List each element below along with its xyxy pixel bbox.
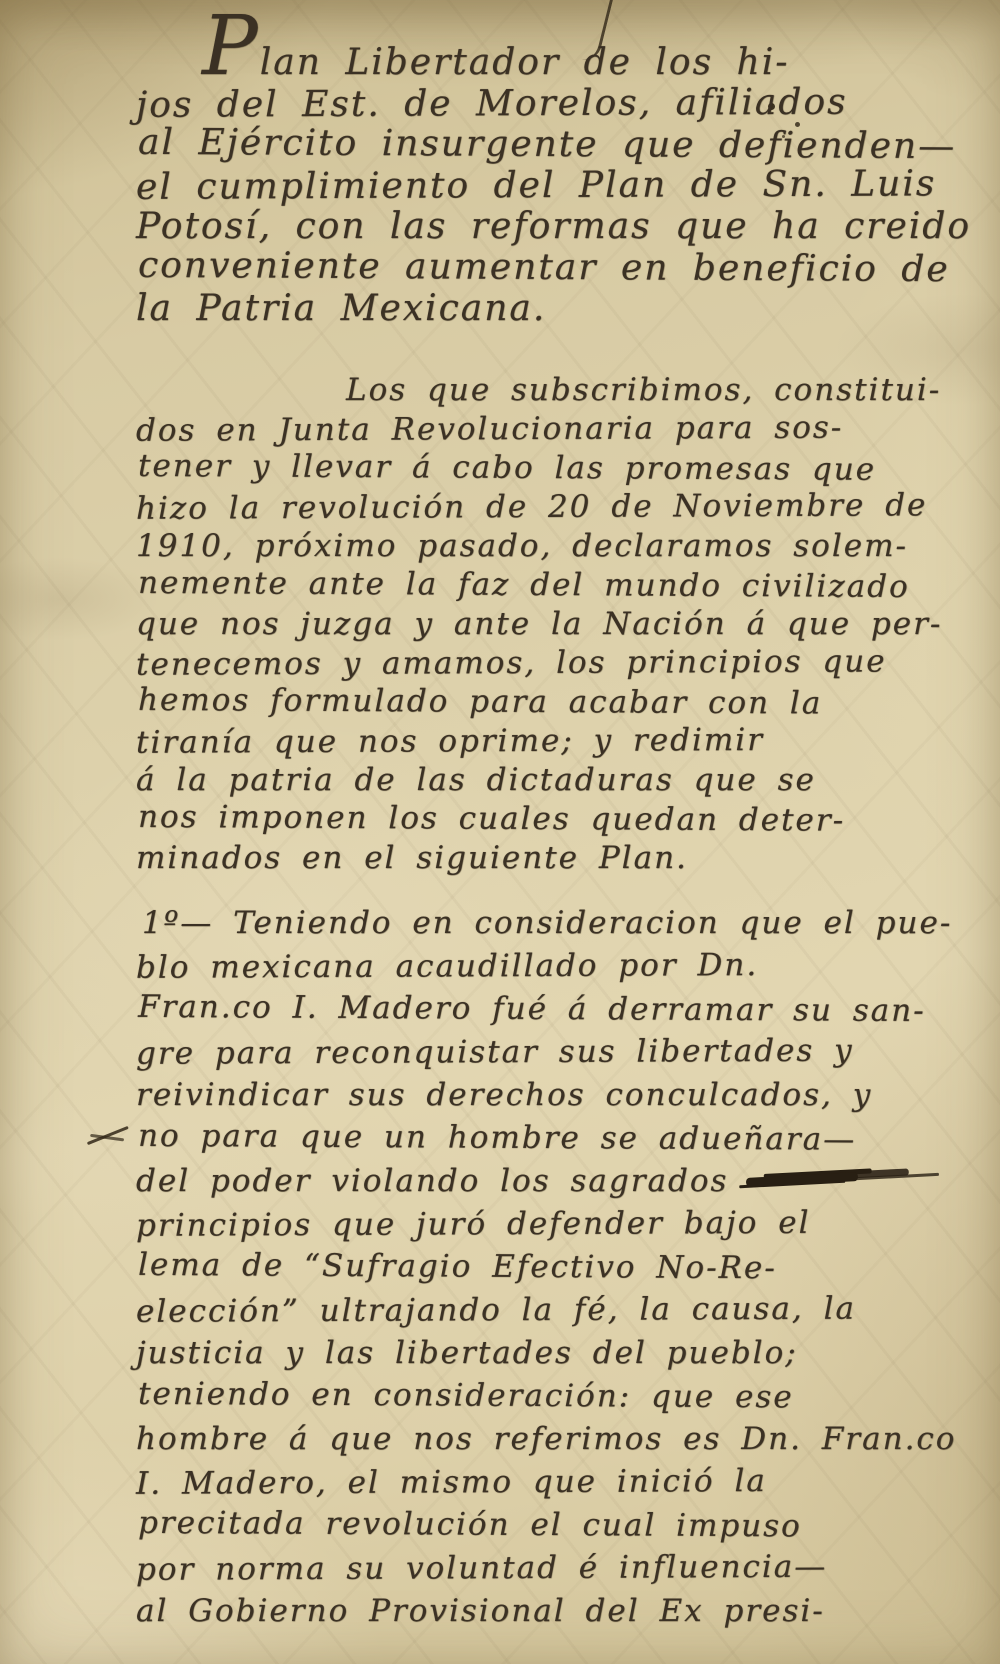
heading-line: al Ejército insurgente que defienden— [138,122,973,167]
preamble-line: Los que subscribimos, constitui- [136,371,942,410]
article-line: gre para reconquistar sus libertades y [136,1029,957,1076]
preamble-line: tiranía que nos oprime; y redimir [136,720,943,763]
article-1-block: 1º— Teniendo en consideracion que el pue… [136,902,956,1633]
preamble-line: tenecemos y amamos, los principios que [136,642,943,685]
article-line: Fran.co I. Madero fué á derramar su san- [138,986,959,1033]
preamble-line: nos imponen los cuales quedan deter- [138,798,945,841]
preamble-line: 1910, próximo pasado, declaramos solem- [136,527,942,566]
article-line: hombre á que nos referimos es Dn. Fran.c… [136,1418,956,1461]
article-line: teniendo en consideración: que ese [138,1373,959,1420]
article-line: principios que juró defender bajo el [136,1201,957,1248]
preamble-block: Los que subscribimos, constitui- dos en … [136,371,942,878]
heading-line: la Patria Mexicana. [136,288,971,329]
preamble-line: tener y llevar á cabo las promesas que [138,447,945,490]
article-line: reivindicar sus derechos conculcados, y [136,1074,956,1117]
preamble-line: hizo la revolución de 20 de Noviembre de [136,486,943,529]
article-line: lema de “Sufragio Efectivo No-Re- [138,1244,959,1291]
heading-line: Plan Libertador de los hi- [136,42,971,83]
article-line: blo mexicana acaudillado por Dn. [136,943,957,990]
ink-blot-strikethrough [746,1172,858,1187]
preamble-line: á la patria de las dictaduras que se [136,761,942,800]
heading-line: Potosí, con las reformas que ha creido [136,206,971,247]
article-line: precitada revolución el cual impuso [138,1502,959,1549]
preamble-line: que nos juzga y ante la Nación á que per… [136,605,942,644]
margin-cross-out-scribble [85,1125,131,1149]
preamble-line: nemente ante la faz del mundo civilizado [138,564,945,607]
preamble-line: dos en Junta Revolucionaria para sos- [136,408,943,451]
article-line: justicia y las libertades del pueblo; [136,1332,956,1375]
heading-line: jos del Est. de Morelos, afiliados [136,81,971,126]
heading-line: el cumplimiento del Plan de Sn. Luis [136,163,971,208]
article-line: no para que un hombre se adueñara— [138,1115,959,1162]
article-line: I. Madero, el mismo que inició la [136,1459,957,1506]
heading-line: conveniente aumentar en beneficio de [138,245,973,290]
heading-block: Plan Libertador de los hi- jos del Est. … [136,42,971,329]
manuscript-page: Plan Libertador de los hi- jos del Est. … [0,0,1000,1664]
article-line: elección” ultrajando la fé, la causa, la [136,1287,957,1334]
preamble-line: hemos formulado para acabar con la [138,681,945,724]
article-line: 1º— Teniendo en consideracion que el pue… [136,902,956,945]
article-line-with-blot: del poder violando los sagrados [136,1160,956,1203]
article-line: al Gobierno Provisional del Ex presi- [136,1590,956,1633]
preamble-line: minados en el siguiente Plan. [136,839,942,878]
article-line: por norma su voluntad é influencia— [136,1545,957,1592]
article-line-text: del poder violando los sagrados [136,1163,728,1199]
